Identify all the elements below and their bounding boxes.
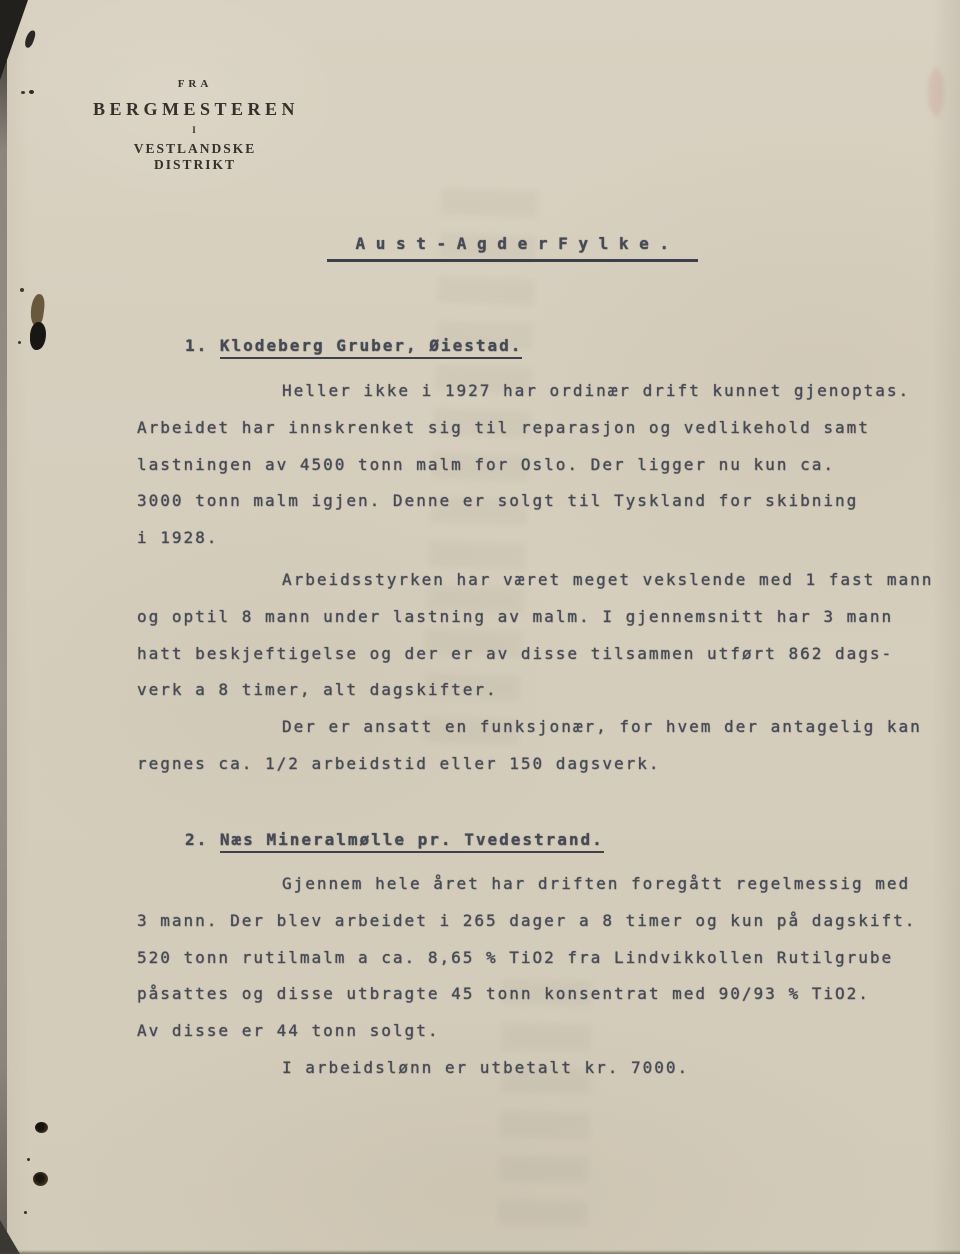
- section-1-body: Heller ikke i 1927 har ordinær drift kun…: [137, 381, 937, 791]
- text-line: I arbeidslønn er utbetalt kr. 7000.: [137, 1058, 937, 1095]
- section-1-heading: 1. Klodeberg Gruber, Øiestad.: [185, 336, 522, 355]
- text-line: Gjennem hele året har driften foregått r…: [137, 874, 937, 911]
- text-line: 520 tonn rutilmalm a ca. 8,65 % TiO2 fra…: [137, 948, 937, 985]
- text-line: i 1928.: [137, 528, 937, 565]
- ink-blot: [24, 1211, 27, 1214]
- ink-blot: [27, 1158, 30, 1161]
- text-line: og optil 8 mann under lastning av malm. …: [137, 607, 937, 644]
- section-2-body: Gjennem hele året har driften foregått r…: [137, 874, 937, 1095]
- section-2-title: Næs Mineralmølle pr. Tvedestrand.: [220, 830, 604, 853]
- ink-blot: [35, 1122, 48, 1133]
- text-line: hatt beskjeftigelse og der er av disse t…: [137, 644, 937, 681]
- text-line: Heller ikke i 1927 har ordinær drift kun…: [137, 381, 937, 418]
- text-line: 3000 tonn malm igjen. Denne er solgt til…: [137, 491, 937, 528]
- scan-edge-bottom: [0, 1250, 960, 1254]
- text-line: Arbeidsstyrken har været meget vekslende…: [137, 570, 937, 607]
- ink-blot: [30, 322, 46, 350]
- section-1-number: 1.: [185, 336, 208, 355]
- section-2-number: 2.: [185, 830, 208, 849]
- section-2-heading: 2. Næs Mineralmølle pr. Tvedestrand.: [185, 830, 604, 849]
- scan-corner-top-left: [0, 0, 28, 80]
- section-1-title: Klodeberg Gruber, Øiestad.: [220, 336, 522, 359]
- ink-blot: [21, 91, 25, 94]
- ink-blot: [29, 90, 34, 94]
- ink-blot: [33, 1172, 48, 1186]
- text-line: verk a 8 timer, alt dagskifter.: [137, 680, 937, 717]
- pink-smudge: [928, 68, 944, 116]
- text-line: påsattes og disse utbragte 45 tonn konse…: [137, 984, 937, 1021]
- letterhead: FRA BERGMESTEREN I VESTLANDSKE DISTRIKT: [93, 78, 297, 173]
- text-line: regnes ca. 1/2 arbeidstid eller 150 dags…: [137, 754, 937, 791]
- text-line: 3 mann. Der blev arbeidet i 265 dager a …: [137, 911, 937, 948]
- text-line: Av disse er 44 tonn solgt.: [137, 1021, 937, 1058]
- text-line: Arbeidet har innskrenket sig til reparas…: [137, 418, 937, 455]
- scan-edge-left: [0, 0, 7, 1254]
- text-line: Der er ansatt en funksjonær, for hvem de…: [137, 717, 937, 754]
- ink-blot: [20, 288, 24, 292]
- letterhead-in: I: [93, 125, 297, 135]
- letterhead-office: BERGMESTEREN: [93, 99, 297, 120]
- ink-blot: [18, 341, 21, 344]
- letterhead-district: VESTLANDSKE DISTRIKT: [93, 141, 297, 173]
- ink-blot: [23, 29, 36, 49]
- text-line: lastningen av 4500 tonn malm for Oslo. D…: [137, 455, 937, 492]
- scanned-document-page: FRA BERGMESTEREN I VESTLANDSKE DISTRIKT …: [0, 0, 960, 1254]
- document-title: A u s t - A g d e r F y l k e .: [327, 234, 697, 262]
- letterhead-from: FRA: [93, 78, 297, 90]
